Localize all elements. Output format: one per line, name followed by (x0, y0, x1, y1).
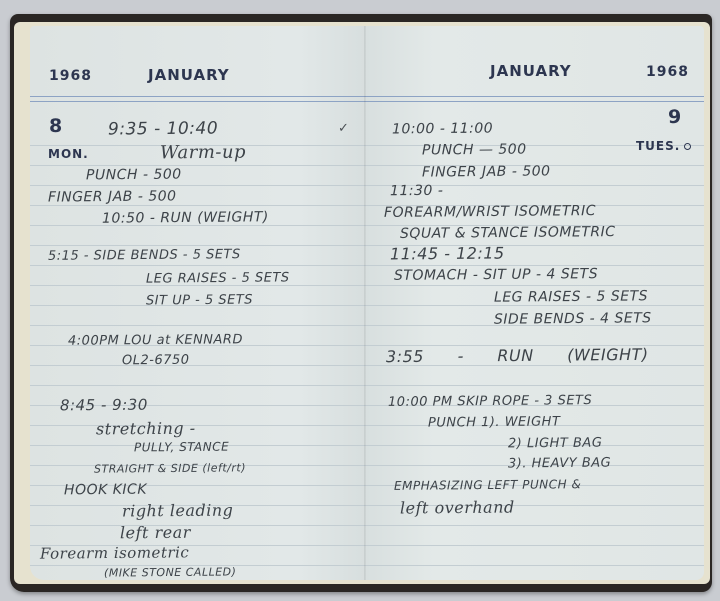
entry: 11:45 - 12:15 (390, 244, 505, 264)
entry: EMPHASIZING LEFT PUNCH & (394, 477, 581, 493)
header-rule (30, 96, 366, 102)
right-page: JANUARY 1968 9 TUES. 10:00 - 11:00 PUNCH… (366, 26, 704, 580)
entry: LEG RAISES - 5 SETS (494, 288, 648, 305)
entry: Warm-up (160, 142, 246, 164)
entry: 8:45 - 9:30 (60, 396, 148, 415)
entry: SIDE BENDS - 4 SETS (494, 310, 652, 327)
entry: left rear (120, 523, 191, 543)
entry: 2) LIGHT BAG (508, 436, 602, 452)
entry: FOREARM/WRIST ISOMETRIC (384, 203, 596, 221)
left-month: JANUARY (148, 66, 230, 84)
right-month: JANUARY (490, 62, 572, 80)
entry: SQUAT & STANCE ISOMETRIC (400, 224, 616, 242)
entry: left overhand (400, 497, 515, 517)
entry: 3). HEAVY BAG (508, 456, 611, 472)
entry: HOOK KICK (64, 482, 147, 499)
entry: stretching - (96, 419, 196, 439)
circle-icon (684, 143, 691, 150)
left-weekday: MON. (48, 147, 89, 161)
entry: 10:50 - RUN (WEIGHT) (102, 209, 269, 226)
entry: 4:00PM LOU at KENNARD (68, 332, 243, 349)
entry: PUNCH 1). WEIGHT (428, 414, 561, 430)
entry: 11:30 - (390, 183, 443, 199)
entry: LEG RAISES - 5 SETS (146, 270, 290, 286)
entry: 3:55 - RUN (WEIGHT) (386, 345, 649, 366)
header-rule (366, 96, 704, 102)
entry: PULLY, STANCE (134, 440, 229, 455)
left-year: 1968 (49, 68, 92, 84)
entry: Forearm isometric (40, 543, 189, 562)
entry: 10:00 - 11:00 (392, 121, 493, 138)
entry: FINGER JAB - 500 (48, 188, 177, 205)
entry: 10:00 PM SKIP ROPE - 3 SETS (388, 393, 592, 410)
entry: STRAIGHT & SIDE (left/rt) (94, 461, 246, 475)
entry: 5:15 - SIDE BENDS - 5 SETS (48, 247, 241, 264)
entry: SIT UP - 5 SETS (146, 293, 253, 309)
left-page: 1968 JANUARY 8 MON. ✓ 9:35 - 10:40 Warm-… (30, 26, 366, 580)
entry: PUNCH — 500 (422, 142, 527, 159)
weekday-label: TUES. (636, 139, 680, 153)
entry: STOMACH - SIT UP - 4 SETS (394, 266, 598, 284)
entry: 9:35 - 10:40 (108, 119, 218, 140)
right-year: 1968 (646, 64, 689, 80)
entry: (MIKE STONE CALLED) (104, 565, 237, 579)
right-weekday: TUES. (636, 139, 691, 153)
entry: OL2-6750 (122, 353, 190, 369)
checkmark-icon: ✓ (338, 120, 349, 136)
entry: PUNCH - 500 (86, 167, 182, 184)
left-day-number: 8 (49, 115, 63, 137)
right-day-number: 9 (668, 106, 682, 128)
entry: right leading (122, 501, 234, 521)
entry: FINGER JAB - 500 (422, 163, 551, 180)
